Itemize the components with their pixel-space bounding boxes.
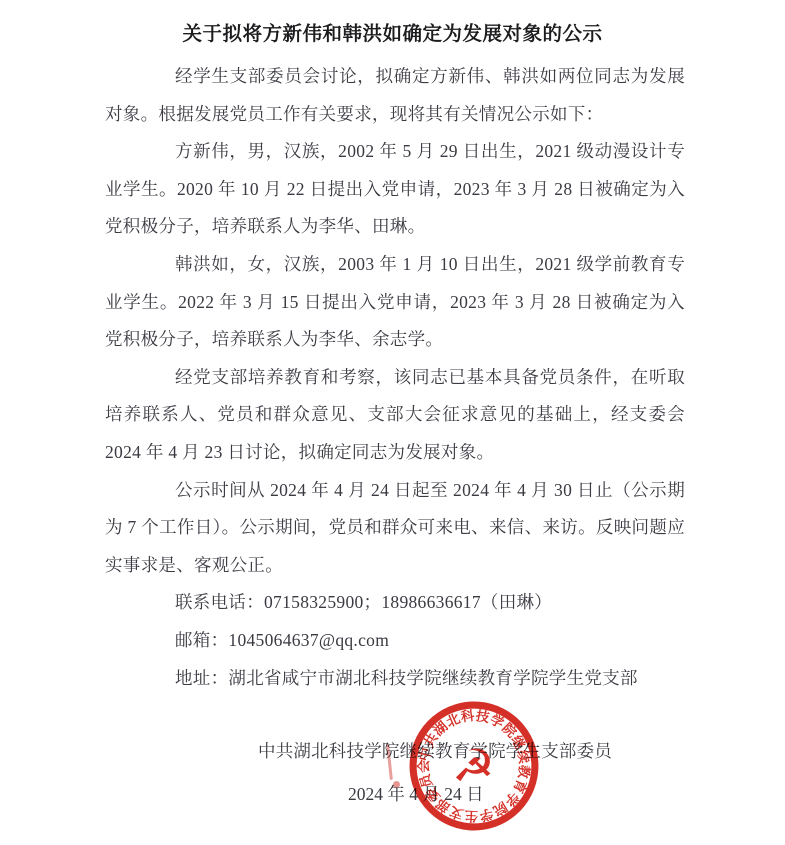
contact-address-line: 地址：湖北省咸宁市湖北科技学院继续教育学院学生党支部: [105, 660, 685, 698]
seal-ink-dot: [393, 781, 400, 788]
party-emblem-icon: ☭: [451, 739, 497, 796]
document-title: 关于拟将方新伟和韩洪如确定为发展对象的公示: [0, 21, 785, 47]
official-seal: 中共湖北科技学院继续教育学院学生支部委员会 ☭: [400, 692, 547, 839]
document-body: 经学生支部委员会讨论，拟确定方新伟、韩洪如两位同志为发展对象。根据发展党员工作有…: [105, 58, 685, 697]
contact-email-line: 邮箱：1045064637@qq.com: [105, 622, 685, 660]
official-seal-svg: 中共湖北科技学院继续教育学院学生支部委员会 ☭: [400, 692, 547, 839]
paragraph-branch-review: 经党支部培养教育和考察，该同志已基本具备党员条件，在听取培养联系人、党员和群众意…: [105, 359, 685, 472]
contact-phone-line: 联系电话：07158325900；18986636617（田琳）: [105, 584, 685, 622]
paragraph-fang-xinwei: 方新伟，男，汉族，2002 年 5 月 29 日出生，2021 级动漫设计专业学…: [105, 133, 685, 246]
announcement-document: 关于拟将方新伟和韩洪如确定为发展对象的公示 经学生支部委员会讨论，拟确定方新伟、…: [0, 0, 785, 845]
paragraph-han-hongru: 韩洪如，女，汉族，2003 年 1 月 10 日出生，2021 级学前教育专业学…: [105, 246, 685, 359]
paragraph-intro: 经学生支部委员会讨论，拟确定方新伟、韩洪如两位同志为发展对象。根据发展党员工作有…: [105, 58, 685, 133]
paragraph-publicity-period: 公示时间从 2024 年 4 月 24 日起至 2024 年 4 月 30 日止…: [105, 472, 685, 585]
